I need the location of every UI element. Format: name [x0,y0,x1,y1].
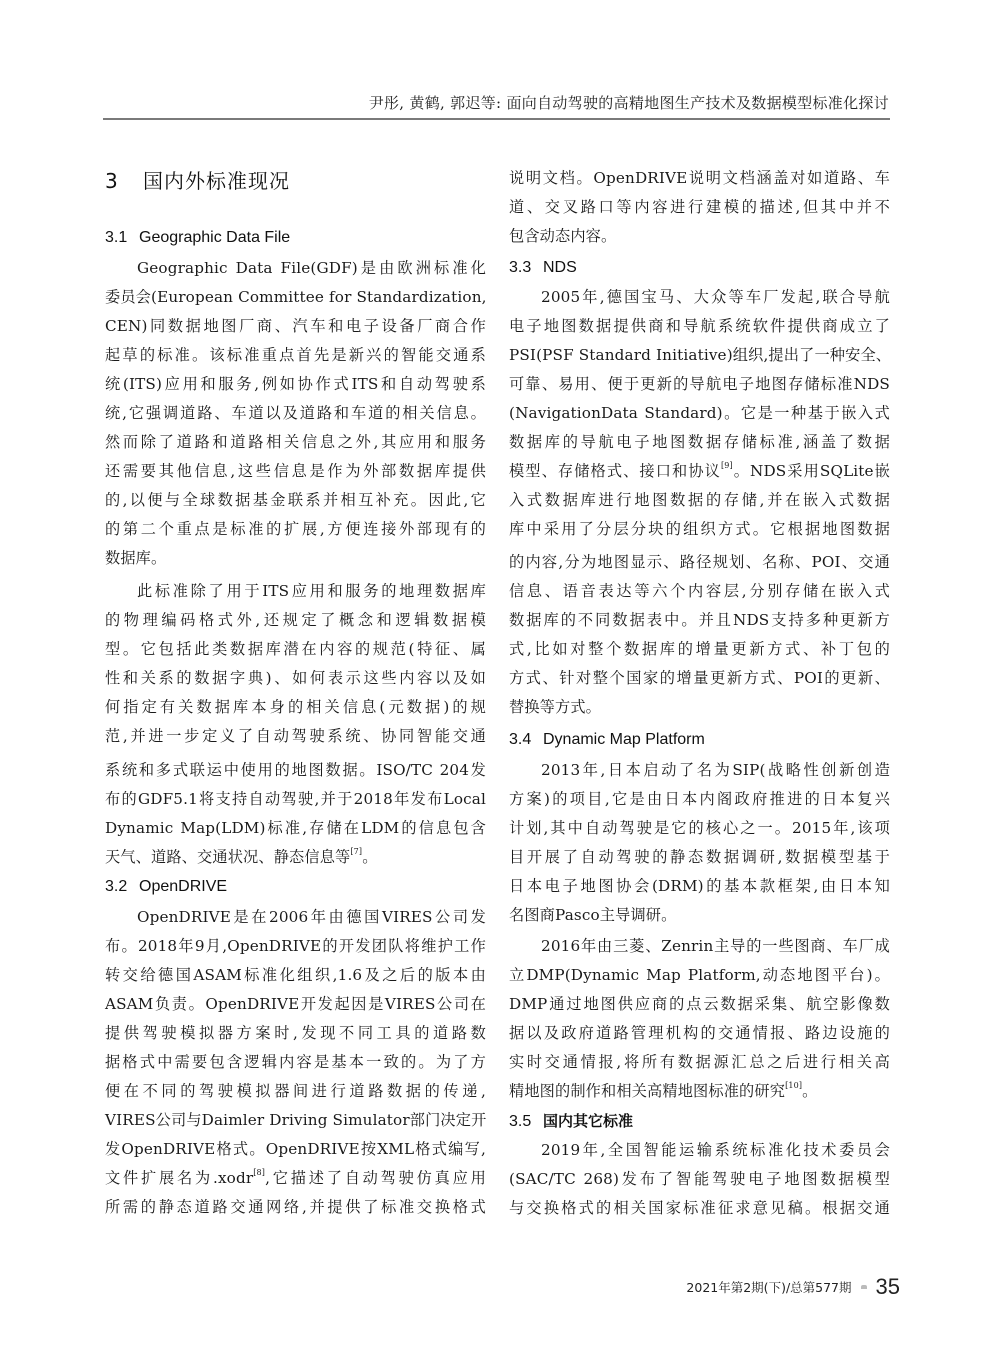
subsection-title: Geographic Data File [139,229,290,246]
paragraph-line: 立DMP(Dynamic Map Platform,动态地图平台)。 [509,961,890,990]
paragraph-line: 的,以便与全球数据基金联系并相互补充。因此,它 [105,486,486,515]
paragraph-line: 的物理编码格式外,还规定了概念和逻辑数据模 [105,606,486,635]
paragraph-line: PSI(PSF Standard Initiative)组织,提出了一种安全、 [509,341,890,370]
running-header: 尹彤, 黄鹤, 郭迟等: 面向自动驾驶的高精地图生产技术及数据模型标准化探讨 [103,92,889,118]
paragraph-line: Geographic Data File(GDF)是由欧洲标准化 [105,254,486,283]
paragraph-line: (NavigationData Standard)。它是一种基于嵌入式 [509,399,890,428]
paragraph-line: 便在不同的驾驶模拟器间进行道路数据的传递, [105,1077,486,1106]
paragraph-line: 名图商Pasco主导调研。 [509,901,890,930]
paragraph-line: 起草的标准。该标准重点首先是新兴的智能交通系 [105,341,486,370]
citation-10[interactable]: [10] [785,1081,802,1090]
paragraph-line: 据以及政府道路管理机构的交通情报、路边设施的 [509,1019,890,1048]
paragraph-line: 委员会(European Committee for Standardizati… [105,283,486,312]
page-number: 35 [876,1274,900,1299]
paragraph-line: DMP通过地图供应商的点云数据采集、航空影像数 [509,990,890,1019]
section-number: 3 [105,166,143,196]
paragraph-line: 还需要其他信息,这些信息是作为外部数据库提供 [105,457,486,486]
paragraph-line: 此标准除了用于ITS应用和服务的地理数据库 [105,577,486,606]
line-text: 。 [362,848,377,866]
paragraph-line: 目开展了自动驾驶的静态数据调研,数据模型基于 [509,843,890,872]
line-text: 。NDS采用SQLite嵌 [733,462,890,480]
paragraph-line: 数据库的导航电子地图数据存储标准,涵盖了数据 [509,428,890,457]
footer-marker-icon [861,1285,867,1289]
paragraph-line: 信息、语音表达等六个内容层,分别存储在嵌入式 [509,577,890,606]
subsection-title: NDS [543,259,577,276]
paragraph-line: 替换等方式。 [509,693,890,722]
section-title: 国内外标准现况 [143,169,290,193]
paragraph-line: 日本电子地图协会(DRM)的基本款框架,由日本知 [509,872,890,901]
paragraph-line: 布的GDF5.1将支持自动驾驶,并于2018年发布Local [105,785,486,814]
paragraph-line: 范,并进一步定义了自动驾驶系统、协同智能交通 [105,722,486,751]
paragraph-line: 入式数据库进行地图数据的存储,并在嵌入式数据 [509,486,890,515]
paragraph-line: 数据库。 [105,544,486,573]
paragraph-line: 2019年,全国智能运输系统标准化技术委员会 [509,1136,890,1165]
header-divider [103,118,890,120]
paragraph-line: 据格式中需要包含逻辑内容是基本一致的。为了方 [105,1048,486,1077]
paragraph-line: 数据库的不同数据表中。并且NDS支持多种更新方 [509,606,890,635]
subsection-heading-3-2: 3.2OpenDRIVE [105,873,227,901]
paragraph-line: 包含动态内容。 [509,222,890,251]
paragraph-line: ASAM负责。OpenDRIVE开发起因是VIRES公司在 [105,990,486,1019]
paragraph-line: 的第二个重点是标准的扩展,方便连接外部现有的 [105,515,486,544]
paragraph-line: 方案)的项目,它是由日本内阁政府推进的日本复兴 [509,785,890,814]
paragraph-line: 性和关系的数据字典)、如何表示这些内容以及如 [105,664,486,693]
subsection-heading-3-3: 3.3NDS [509,254,577,282]
paragraph-line: VIRES公司与Daimler Driving Simulator部门决定开 [105,1106,486,1135]
paragraph-line: 转交给德国ASAM标准化组织,1.6及之后的版本由 [105,961,486,990]
paragraph-line: 何指定有关数据库本身的相关信息(元数据)的规 [105,693,486,722]
paragraph-line: 的内容,分为地图显示、路径规划、名称、POI、交通 [509,548,890,577]
paragraph-line: 2016年由三菱、Zenrin主导的一些图商、车厂成 [509,932,890,961]
subsection-title: Dynamic Map Platform [543,731,705,748]
subsection-title: OpenDRIVE [139,878,227,895]
paragraph-line: 实时交通情报,将所有数据源汇总之后进行相关高 [509,1048,890,1077]
paragraph-line: CEN)同数据地图厂商、汽车和电子设备厂商合作 [105,312,486,341]
line-text: ,它描述了自动驾驶仿真应用 [265,1169,486,1187]
paragraph-line: Dynamic Map(LDM)标准,存储在LDM的信息包含 [105,814,486,843]
paragraph-line: 2005年,德国宝马、大众等车厂发起,联合导航 [509,283,890,312]
citation-9[interactable]: [9] [721,461,733,470]
paragraph-line: 统(ITS)应用和服务,例如协作式ITS和自动驾驶系 [105,370,486,399]
paragraph-line: (SAC/TC 268)发布了智能驾驶电子地图数据模型 [509,1165,890,1194]
subsection-number: 3.1 [105,224,139,252]
paragraph-line: 所需的静态道路交通网络,并提供了标准交换格式 [105,1193,486,1222]
citation-7[interactable]: [7] [350,847,362,856]
paragraph-line: 电子地图数据提供商和导航系统软件提供商成立了 [509,312,890,341]
subsection-heading-3-5: 3.5国内其它标准 [509,1107,633,1136]
paragraph-line: 道、交叉路口等内容进行建模的描述,但其中并不 [509,193,890,222]
paragraph-line-with-citation: 天气、道路、交通状况、静态信息等[7]。 [105,843,486,872]
line-text: 文件扩展名为.xodr [105,1169,253,1187]
paragraph-line-with-citation: 文件扩展名为.xodr[8],它描述了自动驾驶仿真应用 [105,1164,486,1193]
paragraph-line: 库中采用了分层分块的组织方式。它根据地图数据 [509,515,890,544]
paragraph-line: 型。它包括此类数据库潜在内容的规范(特征、属 [105,635,486,664]
paragraph-line-with-citation: 精地图的制作和相关高精地图标准的研究[10]。 [509,1077,890,1106]
section-heading: 3国内外标准现况 [105,166,290,196]
subsection-number: 3.4 [509,726,543,754]
subsection-number: 3.5 [509,1108,543,1136]
line-text: 精地图的制作和相关高精地图标准的研究 [509,1082,785,1100]
paragraph-line: 式,比如对整个数据库的增量更新方式、补丁包的 [509,635,890,664]
line-text: 天气、道路、交通状况、静态信息等 [105,848,350,866]
paragraph-line: 然而除了道路和道路相关信息之外,其应用和服务 [105,428,486,457]
citation-8[interactable]: [8] [253,1168,265,1177]
paragraph-line: 方式、针对整个国家的增量更新方式、POI的更新、 [509,664,890,693]
subsection-number: 3.3 [509,254,543,282]
paragraph-line: 计划,其中自动驾驶是它的核心之一。2015年,该项 [509,814,890,843]
paragraph-line: 2013年,日本启动了名为SIP(战略性创新创造 [509,756,890,785]
subsection-number: 3.2 [105,873,139,901]
paragraph-line-with-citation: 模型、存储格式、接口和协议[9]。NDS采用SQLite嵌 [509,457,890,486]
paragraph-line: 统,它强调道路、车道以及道路和车道的相关信息。 [105,399,486,428]
paragraph-line: 系统和多式联运中使用的地图数据。ISO/TC 204发 [105,756,486,785]
subsection-title: 国内其它标准 [543,1112,633,1130]
paragraph-line: 与交换格式的相关国家标准征求意见稿。根据交通 [509,1194,890,1223]
line-text: 模型、存储格式、接口和协议 [509,462,721,480]
subsection-heading-3-1: 3.1Geographic Data File [105,224,290,252]
paragraph-line: 说明文档。OpenDRIVE说明文档涵盖对如道路、车 [509,164,890,193]
issue-info: 2021年第2期(下)/总第577期 [686,1280,851,1295]
line-text: 。 [802,1082,817,1100]
paragraph-line: 布。2018年9月,OpenDRIVE的开发团队将维护工作 [105,932,486,961]
paragraph-line: 可靠、易用、便于更新的导航电子地图存储标准NDS [509,370,890,399]
paragraph-line: 提供驾驶模拟器方案时,发现不同工具的道路数 [105,1019,486,1048]
subsection-heading-3-4: 3.4Dynamic Map Platform [509,726,705,754]
paragraph-line: 发OpenDRIVE格式。OpenDRIVE按XML格式编写, [105,1135,486,1164]
paragraph-line: OpenDRIVE是在2006年由德国VIRES公司发 [105,903,486,932]
page-footer: 2021年第2期(下)/总第577期35 [620,1274,900,1304]
